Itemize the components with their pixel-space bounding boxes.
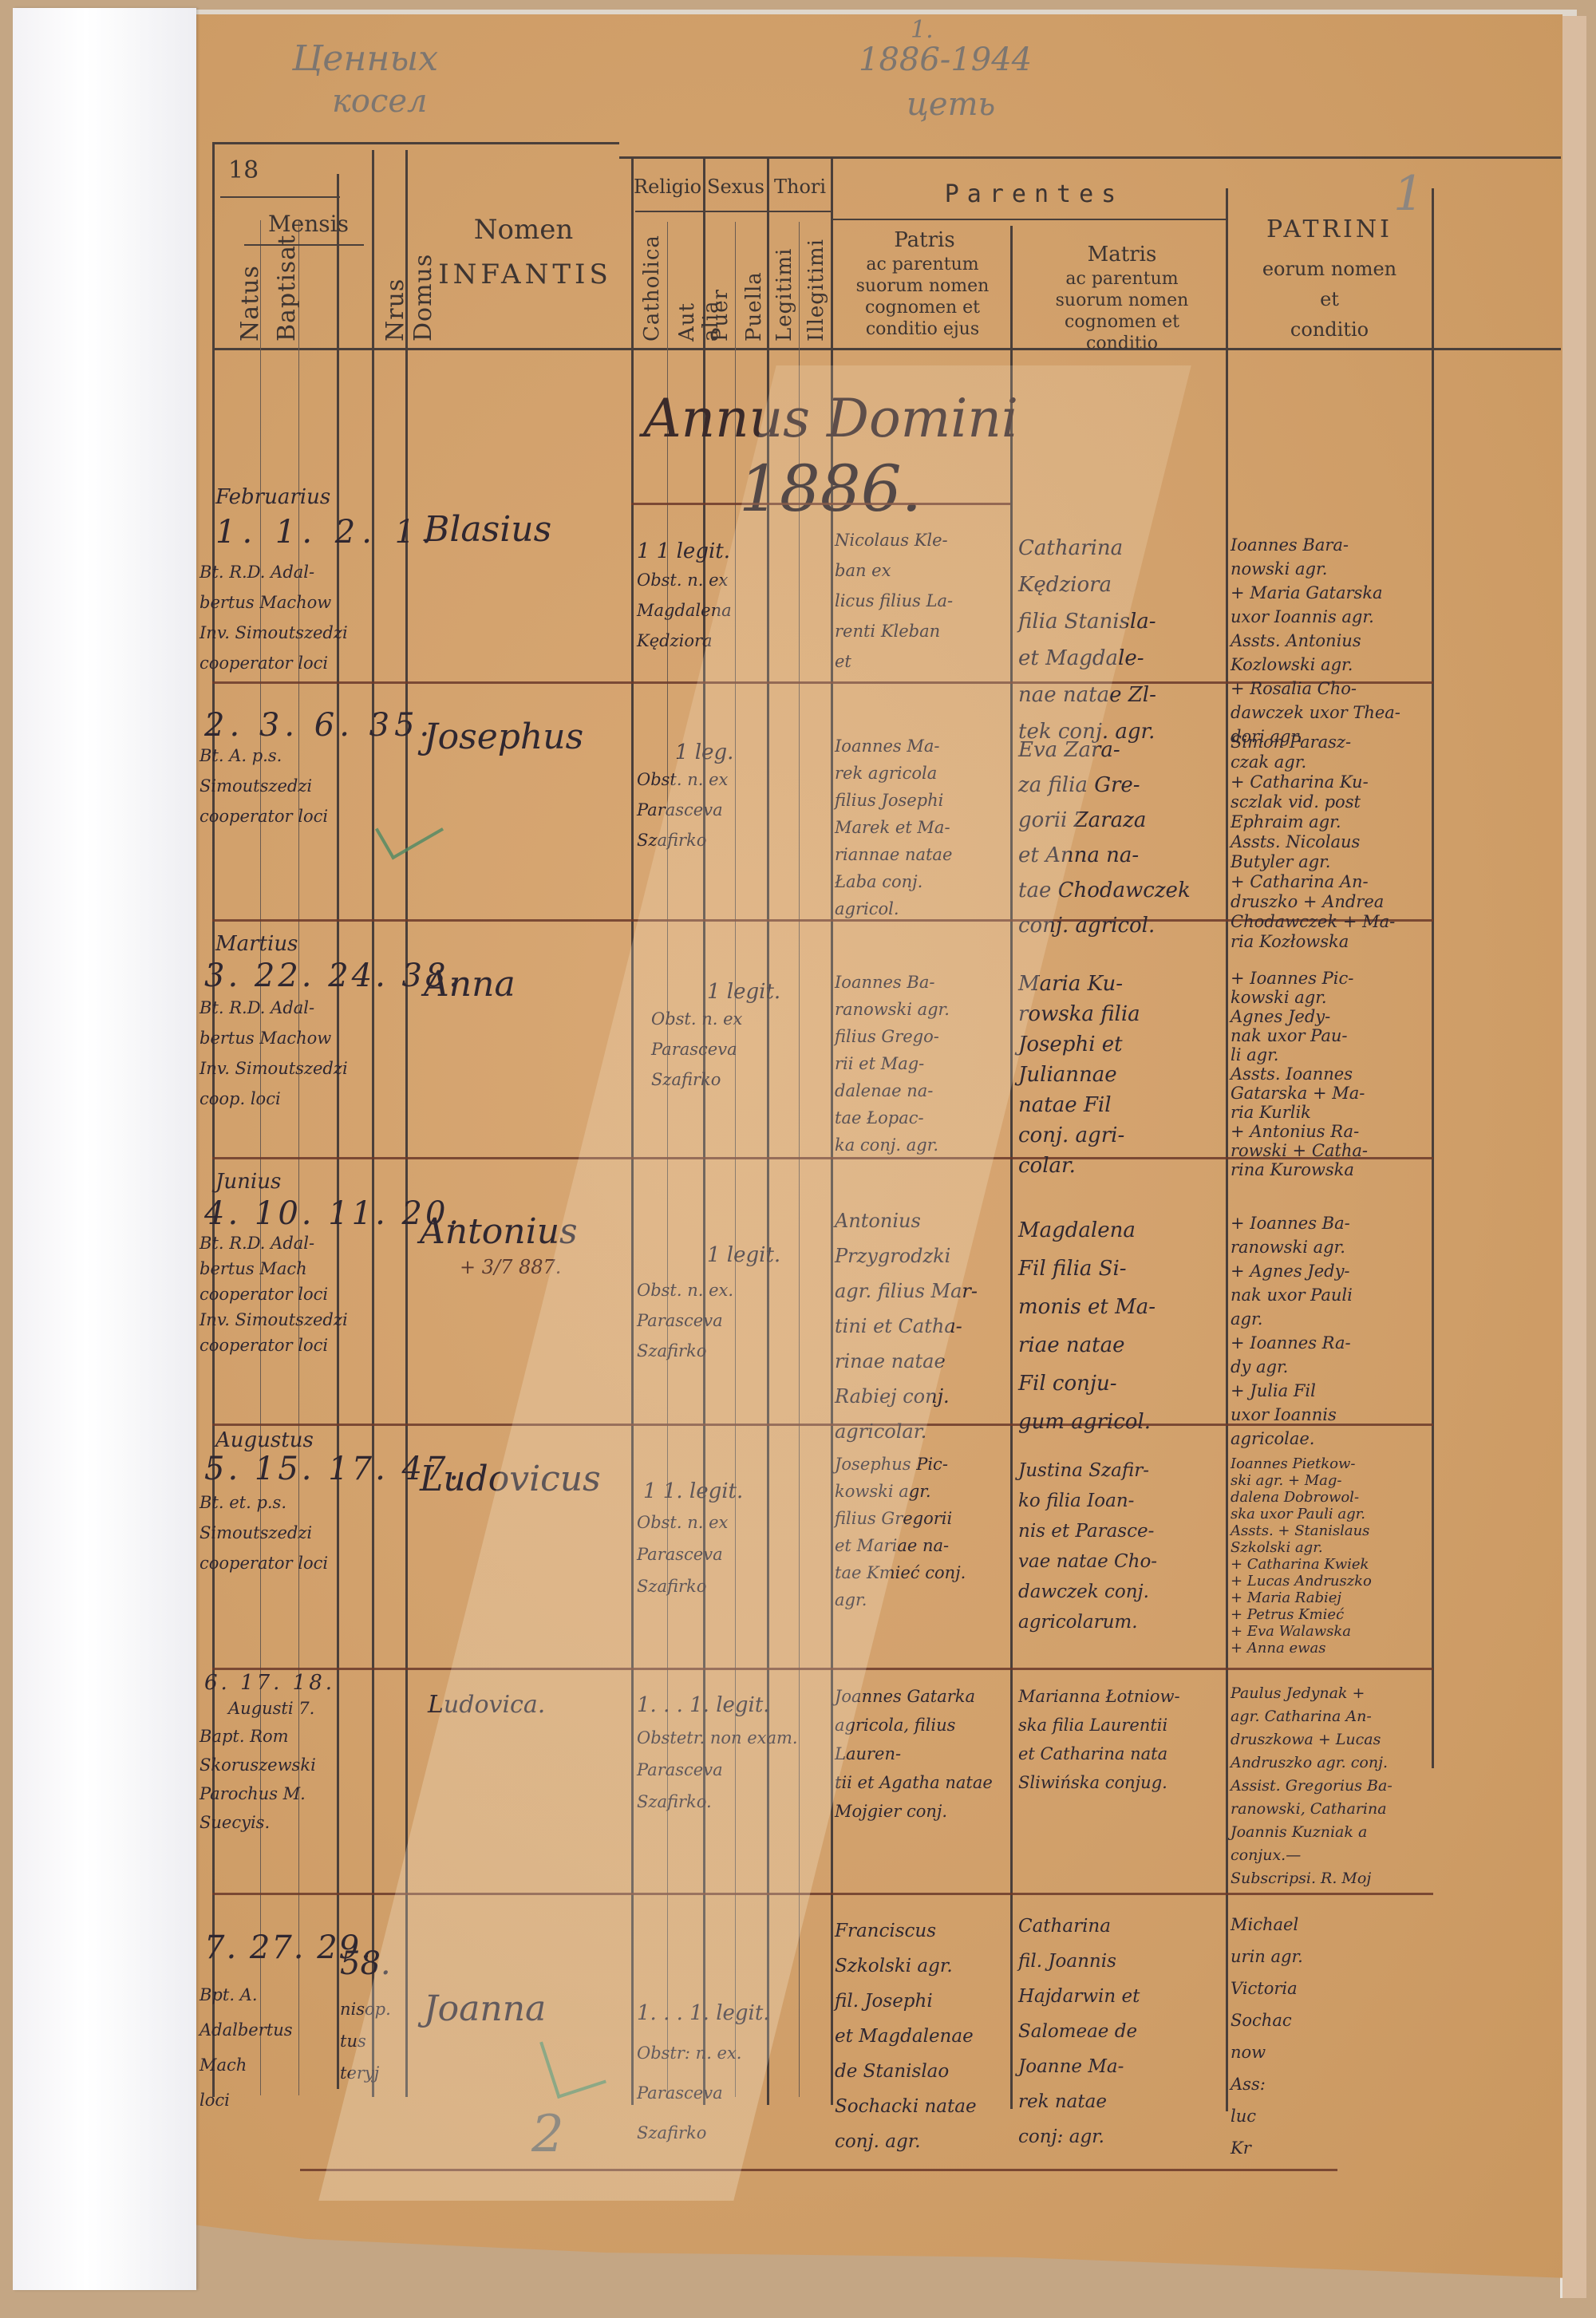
- entry-1-infant-name: Blasius: [424, 509, 551, 550]
- entry-7-house-number: 58.: [340, 1945, 391, 1982]
- entry-5-religio-sexus: 1 1. legit.: [643, 1471, 743, 1511]
- header-year-prefix: 18: [228, 156, 259, 184]
- entry-2-father: Ioannes Ma- rek agricola filius Josephi …: [835, 733, 1010, 922]
- entry-6-midwife: Obstetr. non exam. Parasceva Szafirko.: [637, 1722, 828, 1818]
- header-divider-year: [220, 196, 340, 198]
- header-religio: Religio: [634, 176, 701, 198]
- entry-5-father: Josephus Pic- kowski agr. filius Gregori…: [835, 1451, 1010, 1613]
- entry-1-midwife: Obst. n. ex Magdalena Kędziora: [637, 565, 828, 656]
- header-matris: Matris: [1018, 243, 1226, 267]
- entry-2-mother: Eva Zara- za filia Gre- gorii Zaraza et …: [1018, 733, 1226, 943]
- entry-6-mother: Marianna Łotniow- ska filia Laurentii et…: [1018, 1682, 1226, 1797]
- year-heading-year: 1886.: [739, 452, 922, 526]
- header-infantis: INFANTIS: [413, 259, 637, 290]
- entry-2-godparents: Simon Parasz- czak agr. + Catharina Ku- …: [1231, 733, 1430, 952]
- entry-4-death-note: + 3/7 887.: [460, 1256, 561, 1278]
- entry-6-godparents: Paulus Jedynak + agr. Catharina An- drus…: [1231, 1682, 1430, 1890]
- header-puella: Puella: [742, 278, 766, 342]
- white-binding-strip: [13, 8, 196, 2290]
- col-patrini-right: [1432, 188, 1434, 1768]
- entry-1-mother: Catharina Kędziora filia Stanisla- et Ma…: [1018, 530, 1226, 750]
- header-catholica: Catholica: [640, 246, 664, 342]
- row-divider-6: [212, 1893, 1433, 1895]
- entry-6-infant-name: Ludovica.: [428, 1685, 545, 1725]
- col-matris-right: [1226, 188, 1228, 2111]
- entry-6-numbers-sub: Augusti 7.: [228, 1693, 314, 1724]
- header-mensis: Mensis: [268, 211, 349, 237]
- year-heading-annus: Annus Domini: [643, 388, 1018, 449]
- entry-7-mother: Catharina fil. Joannis Hajdarwin et Salo…: [1018, 1909, 1226, 2154]
- col-infantis-right: [631, 158, 634, 2105]
- entry-7-infant-name: Joanna: [424, 1988, 546, 2029]
- header-sexus: Sexus: [707, 176, 764, 198]
- header-patrini-sub: eorum nomen et conditio: [1230, 254, 1429, 345]
- header-patris: Patris: [839, 228, 1010, 252]
- pencil-number-2: 2: [531, 2105, 564, 2164]
- header-divider-religio: [635, 211, 831, 212]
- pencil-right-margin-number: 1: [1393, 166, 1424, 222]
- entry-5-godparents: Ioannes Pietkow- ski agr. + Mag- dalena …: [1231, 1455, 1430, 1657]
- entry-4-infant-name: Antonius: [420, 1211, 578, 1252]
- right-frame-edge: [1560, 16, 1586, 2298]
- entry-5-infant-name: Ludovicus: [420, 1459, 601, 1499]
- header-patrini: PATRINI: [1230, 215, 1429, 243]
- entry-2-baptizer: Bt. A. p.s. Simoutszedzi cooperator loci: [199, 740, 407, 831]
- pencil-note-top-left: Ценных: [292, 38, 438, 79]
- entry-6-religio-sexus: 1. . . 1. legit.: [637, 1685, 770, 1725]
- year-heading-underline: [631, 503, 1010, 505]
- entry-7-godparents: Michael urin agr. Victoria Sochac now As…: [1231, 1909, 1326, 2164]
- col-thori-right: [831, 158, 833, 2105]
- entry-5-midwife: Obst. n. ex Parasceva Szafirko: [637, 1507, 828, 1602]
- entry-7-father: Franciscus Szkolski agr. fil. Josephi et…: [835, 1913, 1018, 2159]
- entry-3-infant-name: Anna: [424, 964, 516, 1005]
- header-thori: Thori: [774, 176, 826, 198]
- header-patris-sub: ac parentum suorum nomen cognomen et con…: [835, 254, 1010, 340]
- entry-6-father: Joannes Gatarka agricola, filius Lauren-…: [835, 1682, 1018, 1826]
- header-nomen: Nomen: [436, 214, 611, 246]
- entry-3-baptizer: Bt. R.D. Adal- bertus Machow Inv. Simout…: [199, 993, 407, 1114]
- entry-5-mother: Justina Szafir- ko filia Ioan- nis et Pa…: [1018, 1455, 1226, 1637]
- entry-5-baptizer: Bt. et. p.s. Simoutszedzi cooperator loc…: [199, 1487, 407, 1578]
- row-divider-7: [300, 2169, 1337, 2171]
- entry-4-father: Antonius Przygrodzki agr. filius Mar- ti…: [835, 1203, 1010, 1449]
- header-top-border-right: [619, 156, 1561, 159]
- entry-3-midwife: Obst. n. ex Parasceva Szafirko: [651, 1004, 827, 1095]
- entry-1-baptizer: Bt. R.D. Adal- bertus Machow Inv. Simout…: [199, 557, 407, 678]
- pencil-note-year-range: 1886-1944: [859, 41, 1032, 78]
- entry-2-numbers: 2. 3. 6. 35.: [204, 707, 434, 744]
- pencil-page-number: 1.: [911, 16, 934, 44]
- header-divider-parentes: [831, 219, 1226, 220]
- entry-4-godparents: + Ioannes Ba- ranowski agr. + Agnes Jedy…: [1231, 1211, 1430, 1451]
- entry-2-midwife: Obst. n. ex Parasceva Szafirko: [637, 764, 828, 855]
- header-legitimi: Legitimi: [772, 262, 796, 342]
- pencil-note-top-center-2: цеть: [907, 86, 995, 123]
- entry-3-godparents: + Ioannes Pic- kowski agr. Agnes Jedy- n…: [1231, 969, 1430, 1179]
- header-parentes: Parentes: [915, 180, 1154, 208]
- entry-3-father: Ioannes Ba- ranowski agr. filius Grego- …: [835, 969, 1010, 1159]
- header-natus: Natus: [236, 254, 264, 342]
- entry-4-baptizer: Bt. R.D. Adal- bertus Mach cooperator lo…: [199, 1230, 407, 1358]
- header-illegitimi: Illegitimi: [804, 254, 828, 342]
- entry-1-godparents: Ioannes Bara- nowski agr. + Maria Gatars…: [1231, 533, 1430, 748]
- entry-7-religio-sexus: 1. . . 1. legit.: [637, 1993, 770, 2033]
- header-top-border-left: [212, 142, 619, 144]
- header-puer: Puer: [709, 294, 733, 342]
- row-divider-5: [212, 1668, 1433, 1670]
- entry-4-religio-sexus: 1 legit.: [707, 1235, 780, 1275]
- entry-7-baptizer: Bpt. A. Adalbertus Mach loci: [199, 1977, 335, 2118]
- header-baptisat: Baptisat: [273, 254, 301, 342]
- header-bottom-border: [212, 348, 1561, 350]
- entry-1-father: Nicolaus Kle- ban ex licus filius La- re…: [835, 525, 1010, 677]
- entry-7-baptizer-2: nisop. tus teryj: [340, 1993, 404, 2089]
- entry-7-midwife: Obstr: n. ex. Parasceva Szafirko: [637, 2033, 828, 2153]
- register-page: Ценных косел 1886-1944 цеть 1. 1 18 Mens…: [196, 14, 1562, 2312]
- entry-4-mother: Magdalena Fil filia Si- monis et Ma- ria…: [1018, 1211, 1226, 1441]
- entry-2-infant-name: Josephus: [424, 717, 583, 757]
- entry-6-baptizer: Bapt. Rom Skoruszewski Parochus M. Suecy…: [199, 1722, 407, 1837]
- entry-1-numbers: 1. 1. 2. 1.: [215, 514, 438, 551]
- entry-4-midwife: Obst. n. ex. Parasceva Szafirko: [637, 1275, 828, 1366]
- entry-1-month: Februarius: [215, 477, 330, 517]
- entry-3-mother: Maria Ku- rowska filia Josephi et Julian…: [1018, 969, 1226, 1181]
- header-divider-mensis: [244, 244, 364, 246]
- col-patris-right: [1010, 226, 1013, 2109]
- pencil-note-top-left-2: косел: [332, 83, 428, 120]
- header-matris-sub: ac parentum suorum nomen cognomen et con…: [1018, 268, 1226, 354]
- green-check-mark-2: [539, 2027, 606, 2099]
